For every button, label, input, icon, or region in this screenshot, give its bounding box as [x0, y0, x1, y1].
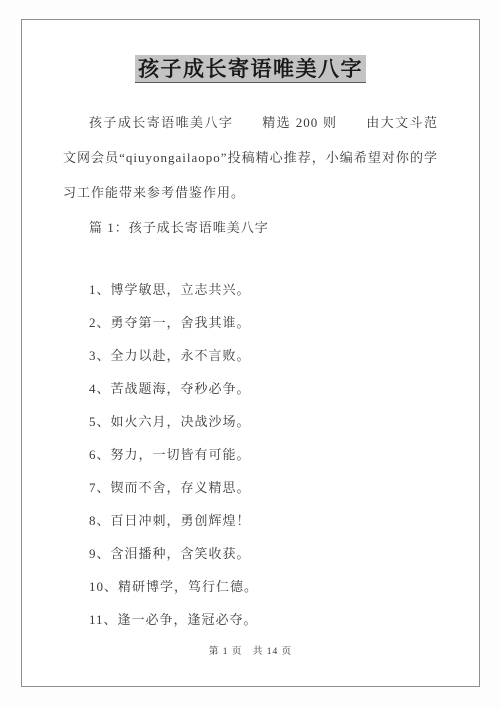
list-item-3: 3、全力以赴，永不言败。 — [63, 339, 438, 372]
list-item-10: 10、精研博学，笃行仁德。 — [63, 570, 438, 603]
list-item-5: 5、如火六月，决战沙场。 — [63, 405, 438, 438]
document-title: 孩子成长寄语唯美八字 — [63, 54, 438, 84]
list-item-6: 6、努力，一切皆有可能。 — [63, 438, 438, 471]
page-footer: 第 1 页 共 14 页 — [22, 643, 479, 657]
title-highlight: 孩子成长寄语唯美八字 — [135, 55, 366, 83]
list-item-2: 2、勇夺第一，舍我其谁。 — [63, 306, 438, 339]
intro-paragraph: 孩子成长寄语唯美八字 精选 200 则 由大文斗范文网会员“qiuyongail… — [63, 105, 438, 210]
list-item-4: 4、苦战题海，夺秒必争。 — [63, 372, 438, 405]
list-item-11: 11、逢一必争，逢冠必夺。 — [63, 603, 438, 636]
list-item-8: 8、百日冲刺，勇创辉煌！ — [63, 504, 438, 537]
document-page: 孩子成长寄语唯美八字 孩子成长寄语唯美八字 精选 200 则 由大文斗范文网会员… — [21, 19, 480, 687]
list-item-7: 7、锲而不舍，存义精思。 — [63, 471, 438, 504]
list-item-9: 9、含泪播种，含笑收获。 — [63, 537, 438, 570]
growth-wishes-list: 1、博学敏思，立志共兴。 2、勇夺第一，舍我其谁。 3、全力以赴，永不言败。 4… — [63, 273, 438, 636]
section-heading: 篇 1：孩子成长寄语唯美八字 — [63, 210, 438, 245]
document-content: 孩子成长寄语唯美八字 孩子成长寄语唯美八字 精选 200 则 由大文斗范文网会员… — [22, 54, 479, 636]
list-item-1: 1、博学敏思，立志共兴。 — [63, 273, 438, 306]
